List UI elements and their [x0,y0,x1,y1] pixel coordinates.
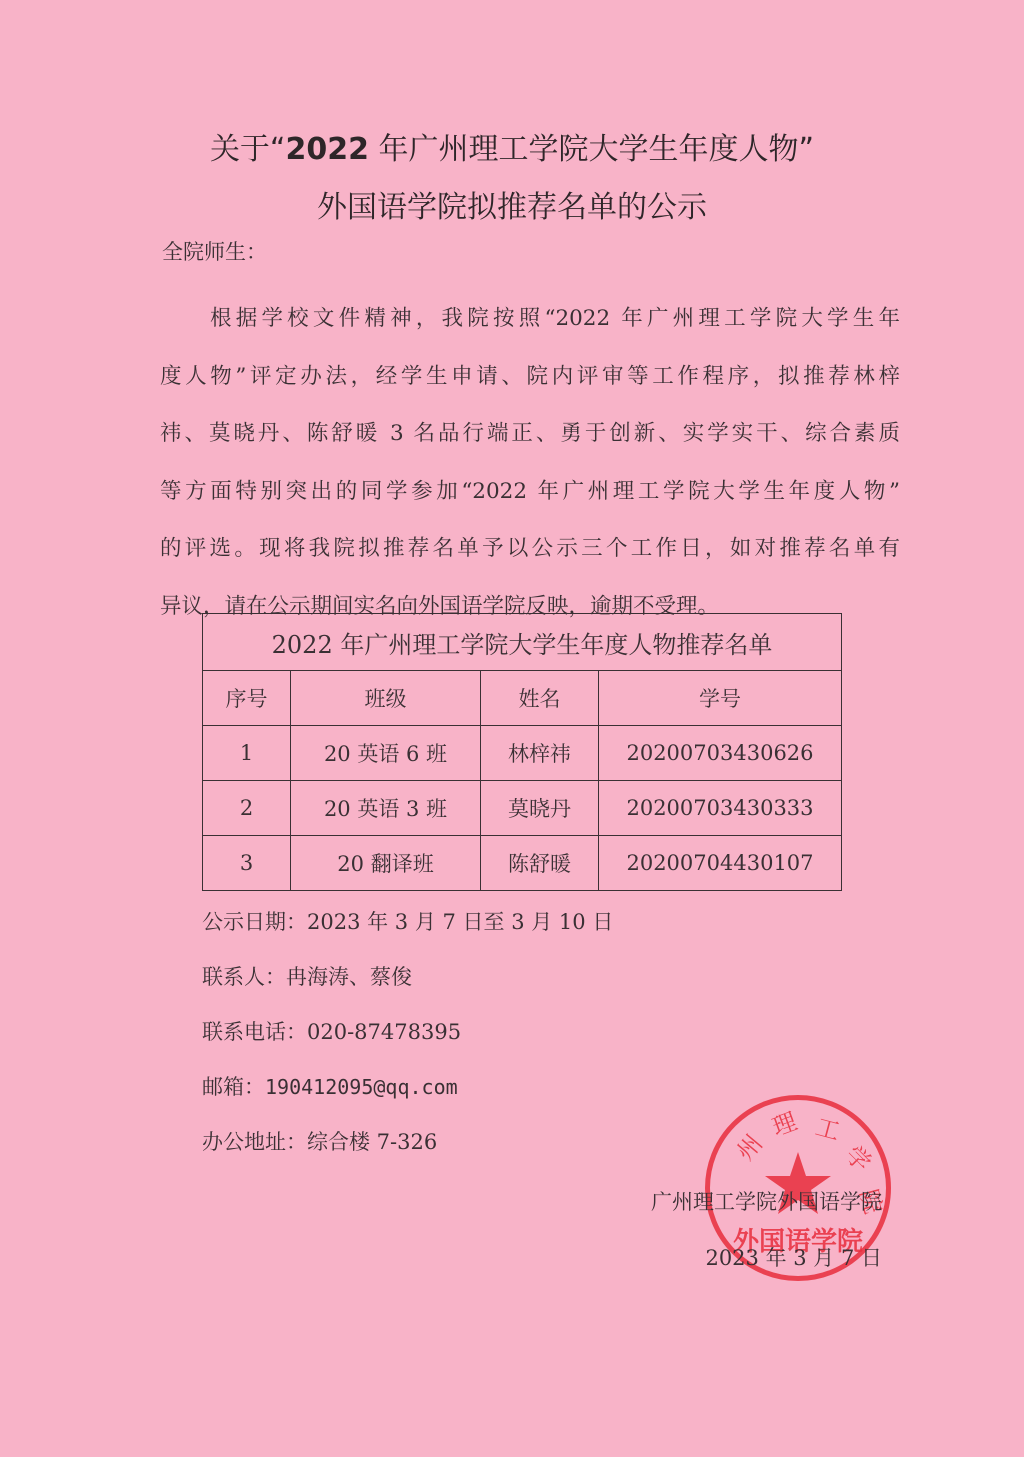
cell-index: 2 [203,781,291,836]
svg-text:理: 理 [768,1107,800,1142]
svg-text:州: 州 [731,1129,768,1165]
document-title-line2: 外国语学院拟推荐名单的公示 [0,182,1024,226]
header-class: 班级 [291,671,481,726]
office-address: 办公地址：综合楼 7-326 [202,1126,437,1156]
table-row: 3 20 翻译班 陈舒暖 20200704430107 [203,836,842,891]
header-student-id: 学号 [599,671,842,726]
cell-class: 20 英语 3 班 [291,781,481,836]
cell-class: 20 翻译班 [291,836,481,891]
cell-student-id: 20200703430626 [599,726,842,781]
header-index: 序号 [203,671,291,726]
table-caption: 2022 年广州理工学院大学生年度人物推荐名单 [203,614,842,671]
cell-name: 林梓祎 [481,726,599,781]
contact-person: 联系人：冉海涛、蔡俊 [202,961,412,991]
title-suffix: 年广州理工学院大学生年度人物” [369,132,814,167]
cell-name: 莫晓丹 [481,781,599,836]
salutation: 全院师生： [162,236,267,266]
table-header-row: 序号 班级 姓名 学号 [203,671,842,726]
nominee-table: 2022 年广州理工学院大学生年度人物推荐名单 序号 班级 姓名 学号 1 20… [202,613,842,891]
cell-student-id: 20200704430107 [599,836,842,891]
body-line: 祎、莫晓丹、陈舒暖 3 名品行端正、勇于创新、实学实干、综合素质 [160,405,900,463]
notice-document: 关于“2022 年广州理工学院大学生年度人物” 外国语学院拟推荐名单的公示 全院… [0,0,1024,1457]
svg-text:学: 学 [840,1140,877,1177]
cell-class: 20 英语 6 班 [291,726,481,781]
publicity-period: 公示日期：2023 年 3 月 7 日至 3 月 10 日 [202,906,613,936]
contact-email: 邮箱：190412095@qq.com [202,1071,458,1101]
signature-date: 2023 年 3 月 7 日 [600,1242,882,1272]
header-name: 姓名 [481,671,599,726]
body-line: 度人物”评定办法，经学生申请、院内评审等工作程序，拟推荐林梓 [160,348,900,406]
body-paragraph: 根据学校文件精神，我院按照“2022 年广州理工学院大学生年 度人物”评定办法，… [160,290,900,635]
table-row: 2 20 英语 3 班 莫晓丹 20200703430333 [203,781,842,836]
signature-org: 广州理工学院外国语学院 [600,1186,882,1216]
document-title-line1: 关于“2022 年广州理工学院大学生年度人物” [0,124,1024,168]
cell-index: 3 [203,836,291,891]
contact-phone: 联系电话：020-87478395 [202,1016,461,1046]
cell-student-id: 20200703430333 [599,781,842,836]
svg-text:工: 工 [812,1113,842,1146]
body-line: 等方面特别突出的同学参加“2022 年广州理工学院大学生年度人物” [160,463,900,521]
title-prefix: 关于“ [210,132,286,167]
body-line: 根据学校文件精神，我院按照“2022 年广州理工学院大学生年 [160,290,900,348]
cell-index: 1 [203,726,291,781]
title-year: 2022 [285,132,369,167]
cell-name: 陈舒暖 [481,836,599,891]
table-row: 1 20 英语 6 班 林梓祎 20200703430626 [203,726,842,781]
body-line: 的评选。现将我院拟推荐名单予以公示三个工作日，如对推荐名单有 [160,520,900,578]
